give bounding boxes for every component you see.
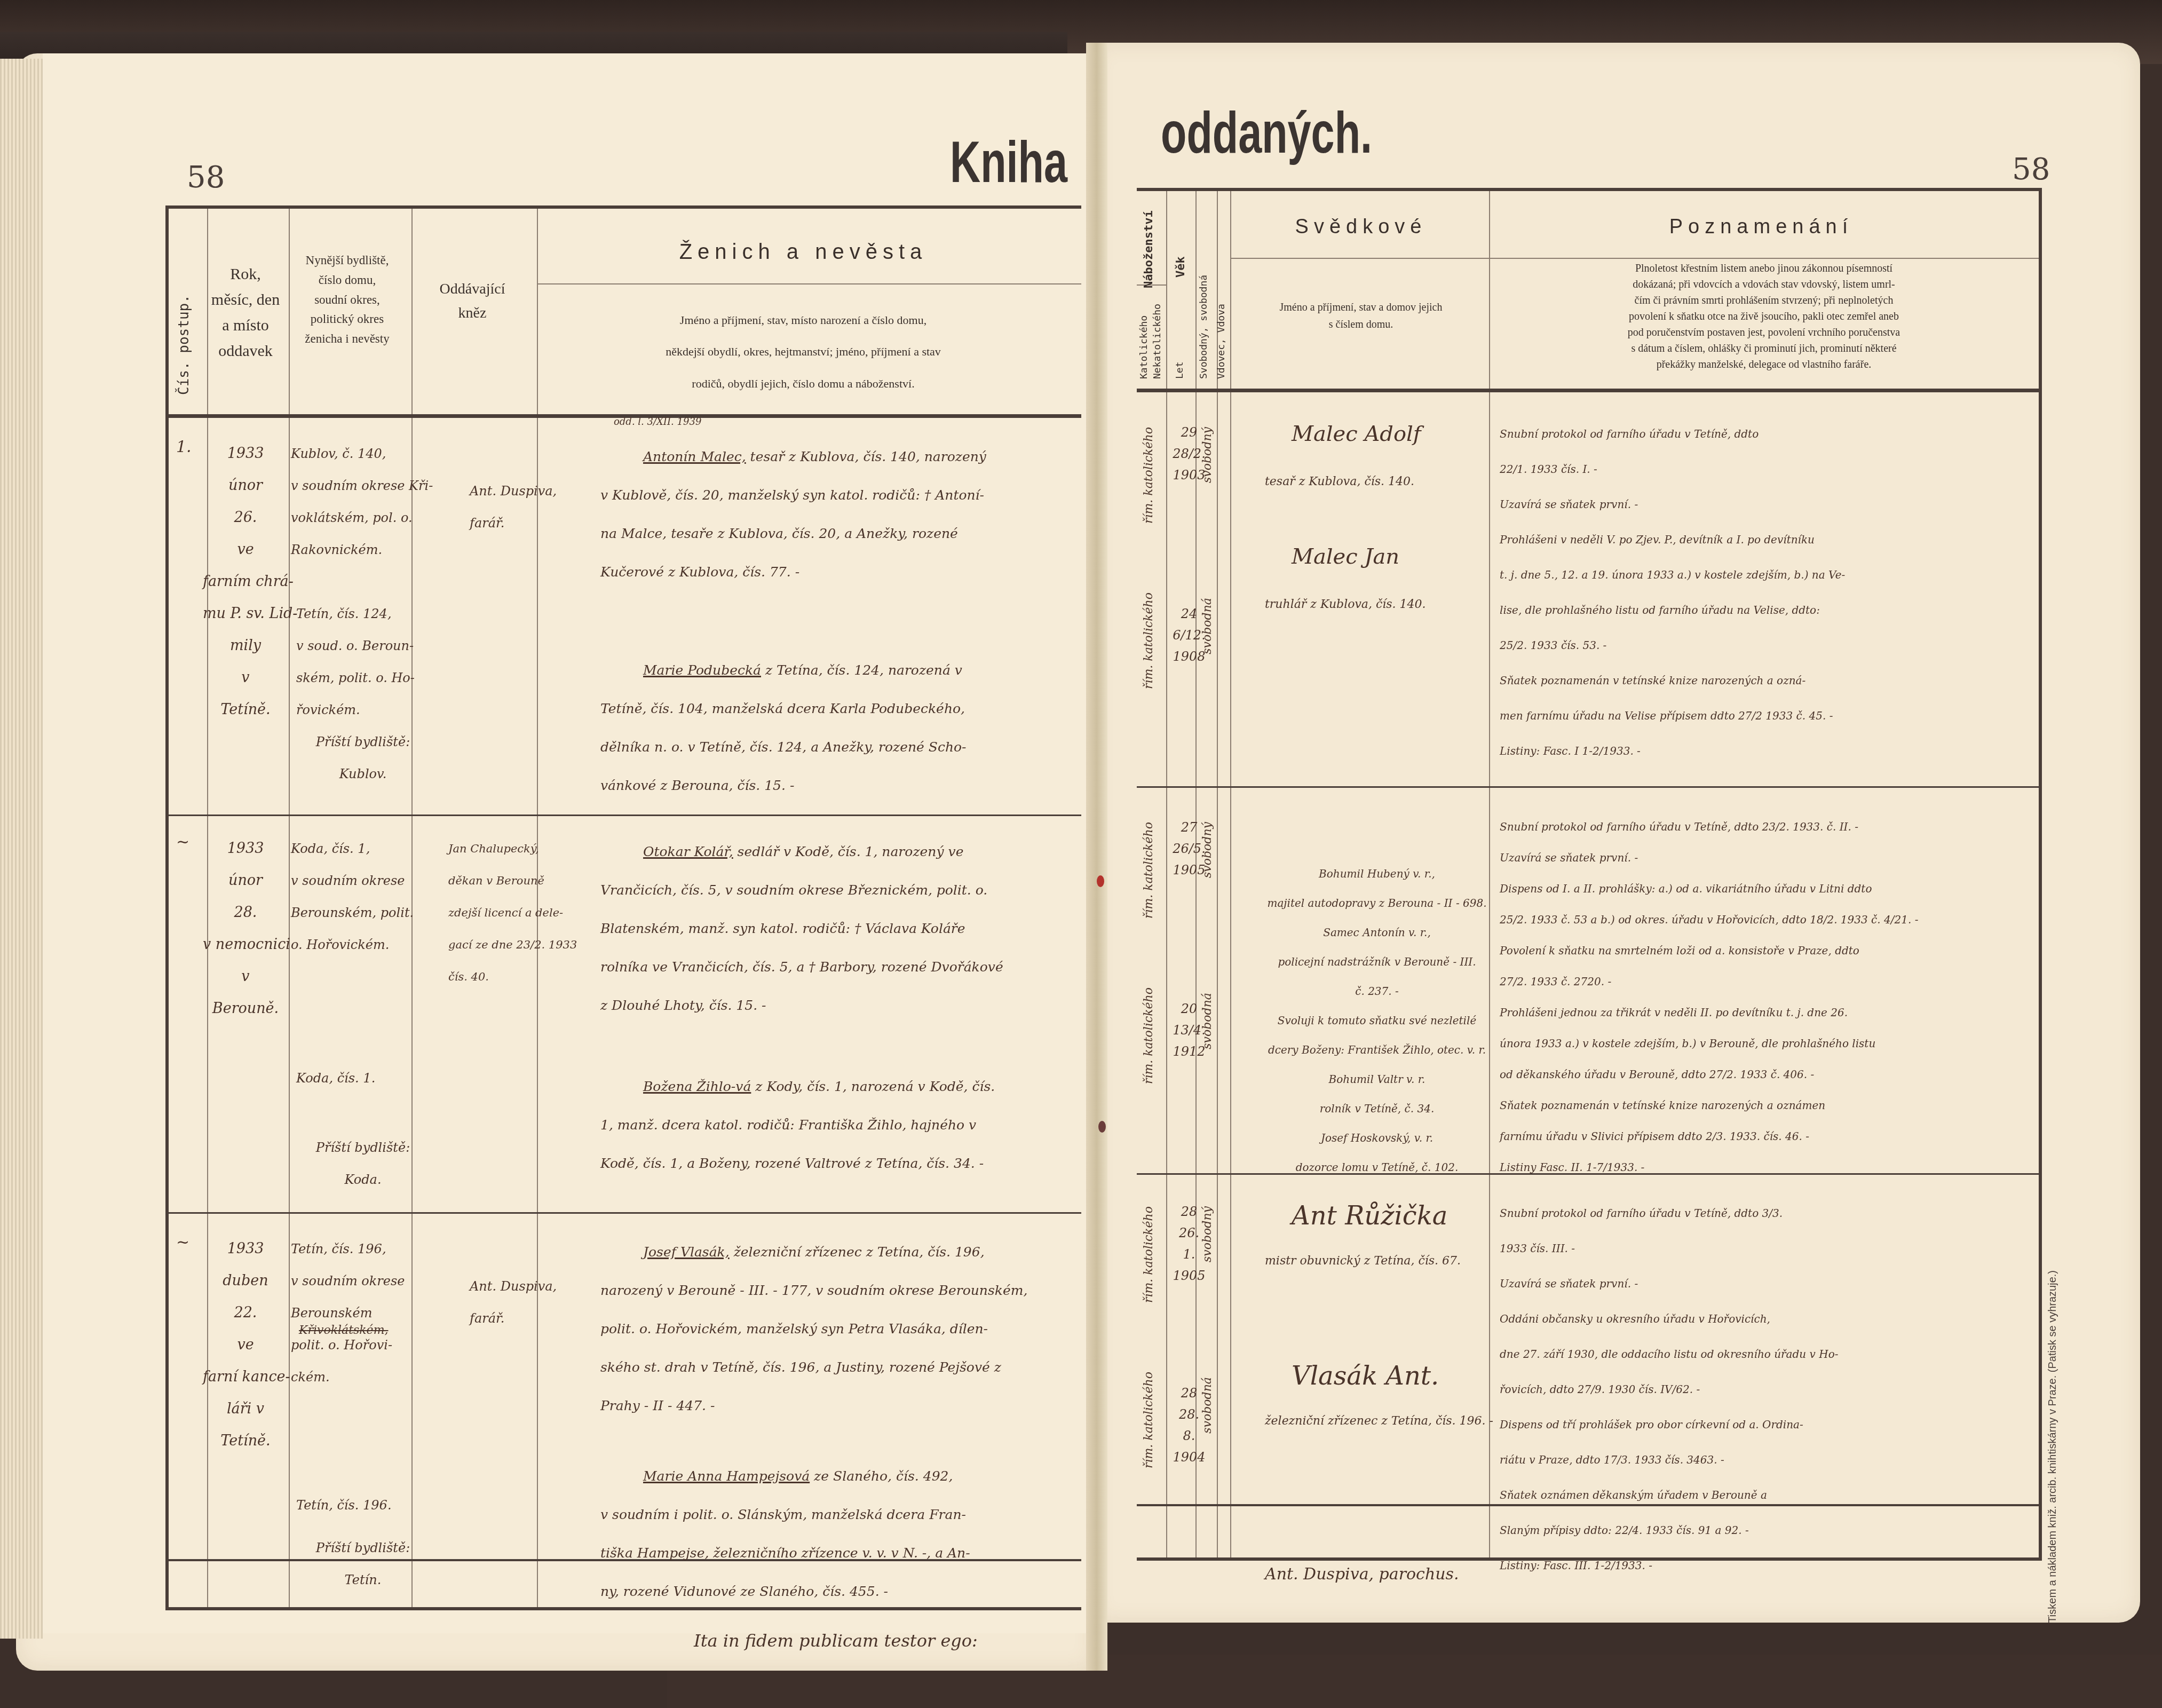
witness-line: Bohumil Hubený v. r., xyxy=(1254,859,1500,889)
header-number: Čís. postup. xyxy=(176,272,192,395)
groom-religion: řím. katolického xyxy=(1142,822,1155,919)
struck-residence: Křivoklátském, xyxy=(299,1324,388,1337)
date-line: Tetíně. xyxy=(203,1425,288,1457)
future-line: Příští bydliště: xyxy=(299,726,427,758)
witness-signature: Malec Jan xyxy=(1292,544,1516,569)
groom-residence: Tetín, čís. 196,v soudním okreseBerounsk… xyxy=(291,1233,419,1393)
witness-line: č. 237. - xyxy=(1254,977,1500,1006)
note-line: men farnímu úřadu na Velise přípisem ddt… xyxy=(1500,698,2033,733)
date-line: Berouně. xyxy=(203,993,288,1025)
note-line: Listiny: Fasc. III. 1-2/1933. - xyxy=(1500,1548,2033,1583)
header-line: někdejší obydlí, okres, hejtmanství; jmé… xyxy=(536,336,1070,367)
page-number-left: 58 xyxy=(187,160,225,195)
note-line: Dispens od I. a II. prohlášky: a.) od a.… xyxy=(1500,873,2033,904)
date-line: láři v xyxy=(203,1393,288,1425)
note-line: Prohlášeni v neděli V. po Zjev. P., deví… xyxy=(1500,522,2033,557)
header-line: a místo xyxy=(205,313,286,338)
date-line: únor xyxy=(203,470,288,502)
entry-number: 1. xyxy=(176,438,192,456)
bride-residence: Koda, čís. 1. xyxy=(296,1062,424,1094)
note-line: riátu v Praze, ddto 17/3. 1933 čís. 3463… xyxy=(1500,1442,2033,1477)
note-line: řovicích, ddto 27/9. 1930 čís. IV/62. - xyxy=(1500,1372,2033,1407)
header-line: překážky manželské, delegace od vlastníh… xyxy=(1494,357,2033,373)
header-couple-title: Ženich a nevěsta xyxy=(536,235,1070,269)
date-line: farním chrá- xyxy=(203,566,288,598)
residence-line: Kublov, č. 140, xyxy=(291,438,419,470)
officiating-priest: Jan Chalupecký,děkan v Berounězdejší lic… xyxy=(448,833,582,993)
header-witnesses-subtitle: Jméno a příjmení, stav a domov jejichs č… xyxy=(1233,299,1489,333)
residence-line: Tetín, čís. 196, xyxy=(291,1233,419,1265)
residence-line: v soud. o. Beroun- xyxy=(296,630,424,662)
officiating-priest: Ant. Duspiva,farář. xyxy=(470,1270,603,1334)
note-line: Snubní protokol od farního úřadu v Tetín… xyxy=(1500,811,2033,842)
header-age: Věk xyxy=(1174,246,1187,278)
book-title-left: Kniha xyxy=(950,128,1067,196)
groom-residence: Koda, čís. 1,v soudním okreseBerounském,… xyxy=(291,833,419,961)
groom-religion: řím. katolického xyxy=(1142,427,1155,524)
witness-signature: Vlasák Ant. xyxy=(1292,1361,1516,1391)
header-line: soudní okres, xyxy=(287,290,407,310)
residence-line: ckém. xyxy=(291,1361,419,1393)
priest-line: zdejší licencí a dele- xyxy=(448,897,582,929)
witness-description: mistr obuvnický z Tetína, čís. 67. xyxy=(1265,1254,1461,1268)
header-line: Nynější bydliště, xyxy=(287,251,407,271)
bride-line: ny, rozené Vidunové ze Slaného, čís. 455… xyxy=(600,1572,1075,1611)
header-residence: Nynější bydliště,číslo domu,soudní okres… xyxy=(287,251,407,349)
residence-line: Rakovnickém. xyxy=(291,534,419,566)
header-notes-title: Poznamenání xyxy=(1489,211,2033,243)
header-line: Jméno a příjmení, stav, místo narození a… xyxy=(536,304,1070,336)
age-line: 1904 xyxy=(1168,1446,1210,1468)
note-line: od děkanského úřadu v Berouně, ddto 27/2… xyxy=(1500,1059,2033,1090)
header-line: politický okres xyxy=(287,310,407,329)
bride-name: Marie Anna Hampejsová xyxy=(643,1468,810,1484)
residence-line: řovickém. xyxy=(296,694,424,726)
entry-notes: Snubní protokol od farního úřadu v Tetín… xyxy=(1500,811,2033,1183)
officiating-priest: Ant. Duspiva,farář. xyxy=(470,475,603,539)
groom-line: z Dlouhé Lhoty, čís. 15. - xyxy=(600,986,1075,1025)
witness-line: rolník v Tetíně, č. 34. xyxy=(1254,1094,1500,1124)
note-line: února 1933 a.) v kostele zdejším, b.) v … xyxy=(1500,1028,2033,1059)
future-line: Příští bydliště: xyxy=(299,1132,427,1164)
future-line: Tetín. xyxy=(299,1564,427,1596)
date-line: duben xyxy=(203,1265,288,1297)
note-line: 22/1. 1933 čís. I. - xyxy=(1500,452,2033,487)
note-line: farnímu úřadu v Slivici přípisem ddto 2/… xyxy=(1500,1121,2033,1152)
witness-line: Samec Antonín v. r., xyxy=(1254,918,1500,947)
future-line: Koda. xyxy=(299,1164,427,1196)
header-line: Rok, xyxy=(205,262,286,287)
witness-line: policejní nadstrážník v Berouně - III. xyxy=(1254,947,1500,977)
date-line: ve xyxy=(203,1329,288,1361)
groom-religion: řím. katolického xyxy=(1142,1206,1155,1303)
bride-record: Marie Anna Hampejsová ze Slaného, čís. 4… xyxy=(600,1457,1075,1611)
groom-line: rolníka ve Vrančicích, čís. 5, a † Barbo… xyxy=(600,948,1075,986)
date-line: 28. xyxy=(203,897,288,929)
future-residence: Příští bydliště:Kublov. xyxy=(299,726,427,790)
date-line: únor xyxy=(203,865,288,897)
entry-notes: Snubní protokol od farního úřadu v Tetín… xyxy=(1500,1196,2033,1583)
witness-line: majitel autodopravy z Berouna - II - 698… xyxy=(1254,889,1500,918)
header-line: kněz xyxy=(411,302,534,326)
printer-imprint: Tiskem a nákladem kniž. arcib. knihtiská… xyxy=(2047,1270,2059,1623)
groom-record: Josef Vlasák, železniční zřízenec z Tetí… xyxy=(600,1233,1075,1425)
bride-name: Božena Žihlo-vá xyxy=(643,1079,751,1094)
header-line: Plnoletost křestním listem anebo jinou z… xyxy=(1494,260,2033,276)
header-line: měsíc, den xyxy=(205,287,286,313)
date-line: mily xyxy=(203,630,288,662)
bride-religion: řím. katolického xyxy=(1142,1372,1155,1468)
priest-line: děkan v Berouně xyxy=(448,865,582,897)
groom-line: na Malce, tesaře z Kublova, čís. 20, a A… xyxy=(600,515,1075,553)
groom-line: Blatenském, manž. syn katol. rodičů: † V… xyxy=(600,910,1075,948)
note-line: dne 27. září 1930, dle oddacího listu od… xyxy=(1500,1337,2033,1372)
date-line: mu P. sv. Lid- xyxy=(203,598,288,630)
bride-line: v soudním i polit. o. Slánským, manželsk… xyxy=(600,1496,1075,1534)
future-residence: Příští bydliště:Tetín. xyxy=(299,1532,427,1596)
groom-line: ského st. drah v Tetíně, čís. 196, a Jus… xyxy=(600,1348,1075,1387)
bride-residence: Tetín, čís. 124,v soud. o. Beroun-ském, … xyxy=(296,598,424,726)
book-title-right: oddaných. xyxy=(1161,99,1372,167)
witness-line: Josef Hoskovský, v. r. xyxy=(1254,1124,1500,1153)
date-line: 26. xyxy=(203,502,288,534)
header-noncatholic: Nekatolického xyxy=(1152,288,1163,379)
header-line: Jméno a příjmení, stav a domov jejich xyxy=(1233,299,1489,316)
bride-residence: Tetín, čís. 196. xyxy=(296,1489,424,1521)
date-line: Tetíně. xyxy=(203,694,288,726)
date-line: ve xyxy=(203,534,288,566)
residence-line: v soudním okrese xyxy=(291,1265,419,1297)
residence-line: Tetín, čís. 124, xyxy=(296,598,424,630)
header-couple-subtitle: Jméno a příjmení, stav, místo narození a… xyxy=(536,304,1070,399)
groom-line: Vrančicích, čís. 5, v soudním okrese Bře… xyxy=(600,871,1075,910)
witness-signature: Malec Adolf xyxy=(1292,422,1516,446)
witness-list: Bohumil Hubený v. r.,majitel autodopravy… xyxy=(1254,859,1500,1182)
note-line: Listiny: Fasc. I 1-2/1933. - xyxy=(1500,733,2033,769)
date-line: v xyxy=(203,662,288,694)
note-line: Slaným přípisy ddto: 22/4. 1933 čís. 91 … xyxy=(1500,1513,2033,1548)
witness-line: Svoluji k tomuto sňatku své nezletilé xyxy=(1254,1006,1500,1035)
bride-status: svobodná xyxy=(1201,1377,1214,1434)
groom-name: Otokar Kolář, xyxy=(643,844,733,859)
header-line: dokázaná; při vdovcích a vdovách stav vd… xyxy=(1494,276,2033,292)
header-priest: Oddávajícíkněz xyxy=(411,278,534,326)
bride-line: dělníka n. o. v Tetíně, čís. 124, a Anež… xyxy=(600,728,1075,766)
note-line: Sňatek oznámen děkanským úřadem v Beroun… xyxy=(1500,1477,2033,1513)
date-line: farní kance- xyxy=(203,1361,288,1393)
header-line: povolení k sňatku otce na živě jsoucího,… xyxy=(1494,309,2033,325)
header-catholic: Katolického xyxy=(1138,288,1150,379)
groom-line: polit. o. Hořovickém, manželský syn Petr… xyxy=(600,1310,1075,1348)
header-line: s číslem domu. xyxy=(1233,316,1489,333)
groom-name: Antonín Malec, xyxy=(643,449,746,464)
parish-priest-signature: Ant. Duspiva, parochus. xyxy=(1265,1565,1459,1584)
note-line: Listiny Fasc. II. 1-7/1933. - xyxy=(1500,1152,2033,1183)
header-line: ženicha i nevěsty xyxy=(287,329,407,349)
book-gutter xyxy=(1086,43,1107,1671)
header-line: čím či právním smrti prohlášením stvrzen… xyxy=(1494,292,2033,309)
groom-record: Antonín Malec, tesař z Kublova, čís. 140… xyxy=(600,438,1075,591)
residence-line: Tetín, čís. 196. xyxy=(296,1489,424,1521)
note-line: Sňatek poznamenán v tetínské knize naroz… xyxy=(1500,1090,2033,1121)
groom-line: v Kublově, čís. 20, manželský syn katol.… xyxy=(600,476,1075,515)
header-date-place: Rok,měsíc, dena místooddavek xyxy=(205,262,286,364)
header-line: číslo domu, xyxy=(287,271,407,290)
priest-line: farář. xyxy=(470,1302,603,1334)
residence-line: Berounském, polit. xyxy=(291,897,419,929)
page-edges xyxy=(0,59,43,1639)
residence-line: v soudním okrese Kři- xyxy=(291,470,419,502)
ink-stain xyxy=(1098,1121,1106,1133)
groom-status: svobodný xyxy=(1201,427,1214,483)
residence-line: o. Hořovickém. xyxy=(291,929,419,961)
future-line: Příští bydliště: xyxy=(299,1532,427,1564)
note-line: lise, dle prohlašného listu od farního ú… xyxy=(1500,592,2033,628)
header-notes-subtitle: Plnoletost křestním listem anebo jinou z… xyxy=(1494,260,2033,373)
note-line: Povolení k sňatku na smrtelném loži od a… xyxy=(1500,935,2033,966)
header-line: Oddávající xyxy=(411,278,534,302)
bride-line: Tetíně, čís. 104, manželská dcera Karla … xyxy=(600,690,1075,728)
header-single: Svobodný, svobodná xyxy=(1198,240,1209,379)
age-line: 1905 xyxy=(1168,1265,1210,1286)
residence-line: Koda, čís. 1. xyxy=(296,1062,424,1094)
residence-line: ském, polit. o. Ho- xyxy=(296,662,424,694)
note-line: Uzavírá se sňatek první. - xyxy=(1500,487,2033,522)
header-line: rodičů, obydlí jejich, číslo domu a nábo… xyxy=(536,368,1070,399)
note-line: Dispens od tří prohlášek pro obor církev… xyxy=(1500,1407,2033,1442)
page-number-right: 58 xyxy=(2012,152,2050,187)
entry-date-place: 1933únor26.vefarním chrá-mu P. sv. Lid-m… xyxy=(203,438,288,726)
groom-line: narozený v Berouně - III. - 177, v soudn… xyxy=(600,1271,1075,1310)
note-line: 25/2. 1933 č. 53 a b.) od okres. úřadu v… xyxy=(1500,904,2033,935)
red-stain xyxy=(1097,875,1104,887)
residence-line: Koda, čís. 1, xyxy=(291,833,419,865)
note-line: t. j. dne 5., 12. a 19. února 1933 a.) v… xyxy=(1500,557,2033,592)
note-line: Sňatek poznamenán v tetínské knize naroz… xyxy=(1500,663,2033,698)
header-widowed: Vdovec, Vdova xyxy=(1216,278,1227,379)
note-line: Snubní protokol od farního úřadu v Tetín… xyxy=(1500,416,2033,452)
note-line: Snubní protokol od farního úřadu v Tetín… xyxy=(1500,1196,2033,1231)
future-residence: Příští bydliště:Koda. xyxy=(299,1132,427,1196)
note-line: 25/2. 1933 čís. 53. - xyxy=(1500,628,2033,663)
bride-record: Božena Žihlo-vá z Kody, čís. 1, narozená… xyxy=(600,1067,1075,1183)
entry-number: ~ xyxy=(176,833,189,851)
bride-status: svobodná xyxy=(1201,598,1214,654)
priest-line: čís. 40. xyxy=(448,961,582,993)
entry-date-place: 1933únor28.v nemocnicivBerouně. xyxy=(203,833,288,1025)
marginal-note: odd. l. 3/XII. 1939 xyxy=(614,416,701,428)
bride-religion: řím. katolického xyxy=(1142,592,1155,689)
bride-name: Marie Podubecká xyxy=(643,662,761,678)
entry-notes: Snubní protokol od farního úřadu v Tetín… xyxy=(1500,416,2033,769)
note-line: Prohlášeni jednou za třikrát v neděli II… xyxy=(1500,997,2033,1028)
header-line: oddavek xyxy=(205,338,286,364)
attestation-text: Ita in fidem publicam testor ego: xyxy=(694,1631,978,1651)
bride-line: vánkové z Berouna, čís. 15. - xyxy=(600,766,1075,805)
priest-line: gací ze dne 23/2. 1933 xyxy=(448,929,582,961)
date-line: 1933 xyxy=(203,833,288,865)
witness-signature: Ant Růžička xyxy=(1292,1201,1516,1231)
header-witnesses-title: Svědkové xyxy=(1233,211,1489,243)
note-line: Uzavírá se sňatek první. - xyxy=(1500,1266,2033,1301)
groom-record: Otokar Kolář, sedlář v Kodě, čís. 1, nar… xyxy=(600,833,1075,1025)
groom-line: Kučerové z Kublova, čís. 77. - xyxy=(600,553,1075,591)
note-line: Oddáni občansky u okresního úřadu v Hořo… xyxy=(1500,1301,2033,1337)
date-line: 1933 xyxy=(203,438,288,470)
header-line: pod poručenstvím postaven jest, povolení… xyxy=(1494,325,2033,341)
bride-line: tiška Hampejse, železničního zřízence v.… xyxy=(600,1534,1075,1572)
date-line: v xyxy=(203,961,288,993)
bride-line: 1, manž. dcera katol. rodičů: Františka … xyxy=(600,1106,1075,1144)
witness-line: dozorce lomu v Tetíně, č. 102. xyxy=(1254,1153,1500,1182)
bride-religion: řím. katolického xyxy=(1142,987,1155,1084)
witness-line: dcery Boženy: František Žihlo, otec. v. … xyxy=(1254,1035,1500,1065)
priest-line: Ant. Duspiva, xyxy=(470,1270,603,1302)
entry-number: ~ xyxy=(176,1233,189,1252)
priest-line: Ant. Duspiva, xyxy=(470,475,603,507)
witness-description: truhlář z Kublova, čís. 140. xyxy=(1265,598,1426,611)
date-line: v nemocnici xyxy=(203,929,288,961)
groom-residence: Kublov, č. 140,v soudním okrese Kři-vokl… xyxy=(291,438,419,566)
bride-status: svobodná xyxy=(1201,993,1214,1049)
header-years: Let xyxy=(1174,347,1185,379)
future-line: Kublov. xyxy=(299,758,427,790)
witness-line: Bohumil Valtr v. r. xyxy=(1254,1065,1500,1094)
entry-date-place: 1933duben22.vefarní kance-láři vTetíně. xyxy=(203,1233,288,1457)
groom-status: svobodný xyxy=(1201,822,1214,878)
date-line: 22. xyxy=(203,1297,288,1329)
header-line: s dátum a číslem, ohlášky či prominutí j… xyxy=(1494,341,2033,357)
bride-line: Kodě, čís. 1, a Boženy, rozené Valtrové … xyxy=(600,1144,1075,1183)
residence-line: v soudním okrese xyxy=(291,865,419,897)
bride-record: Marie Podubecká z Tetína, čís. 124, naro… xyxy=(600,651,1075,805)
priest-line: farář. xyxy=(470,507,603,539)
residence-line: voklátském, pol. o. xyxy=(291,502,419,534)
note-line: 27/2. 1933 č. 2720. - xyxy=(1500,966,2033,997)
priest-line: Jan Chalupecký, xyxy=(448,833,582,865)
groom-status: svobodný xyxy=(1201,1206,1214,1262)
groom-name: Josef Vlasák, xyxy=(643,1244,730,1260)
date-line: 1933 xyxy=(203,1233,288,1265)
groom-line: Prahy - II - 447. - xyxy=(600,1387,1075,1425)
note-line: Uzavírá se sňatek první. - xyxy=(1500,842,2033,873)
witness-description: tesař z Kublova, čís. 140. xyxy=(1265,475,1414,488)
header-religion: Náboženství xyxy=(1142,197,1155,288)
note-line: 1933 čís. III. - xyxy=(1500,1231,2033,1266)
witness-description: železniční zřízenec z Tetína, čís. 196. … xyxy=(1265,1414,1493,1428)
